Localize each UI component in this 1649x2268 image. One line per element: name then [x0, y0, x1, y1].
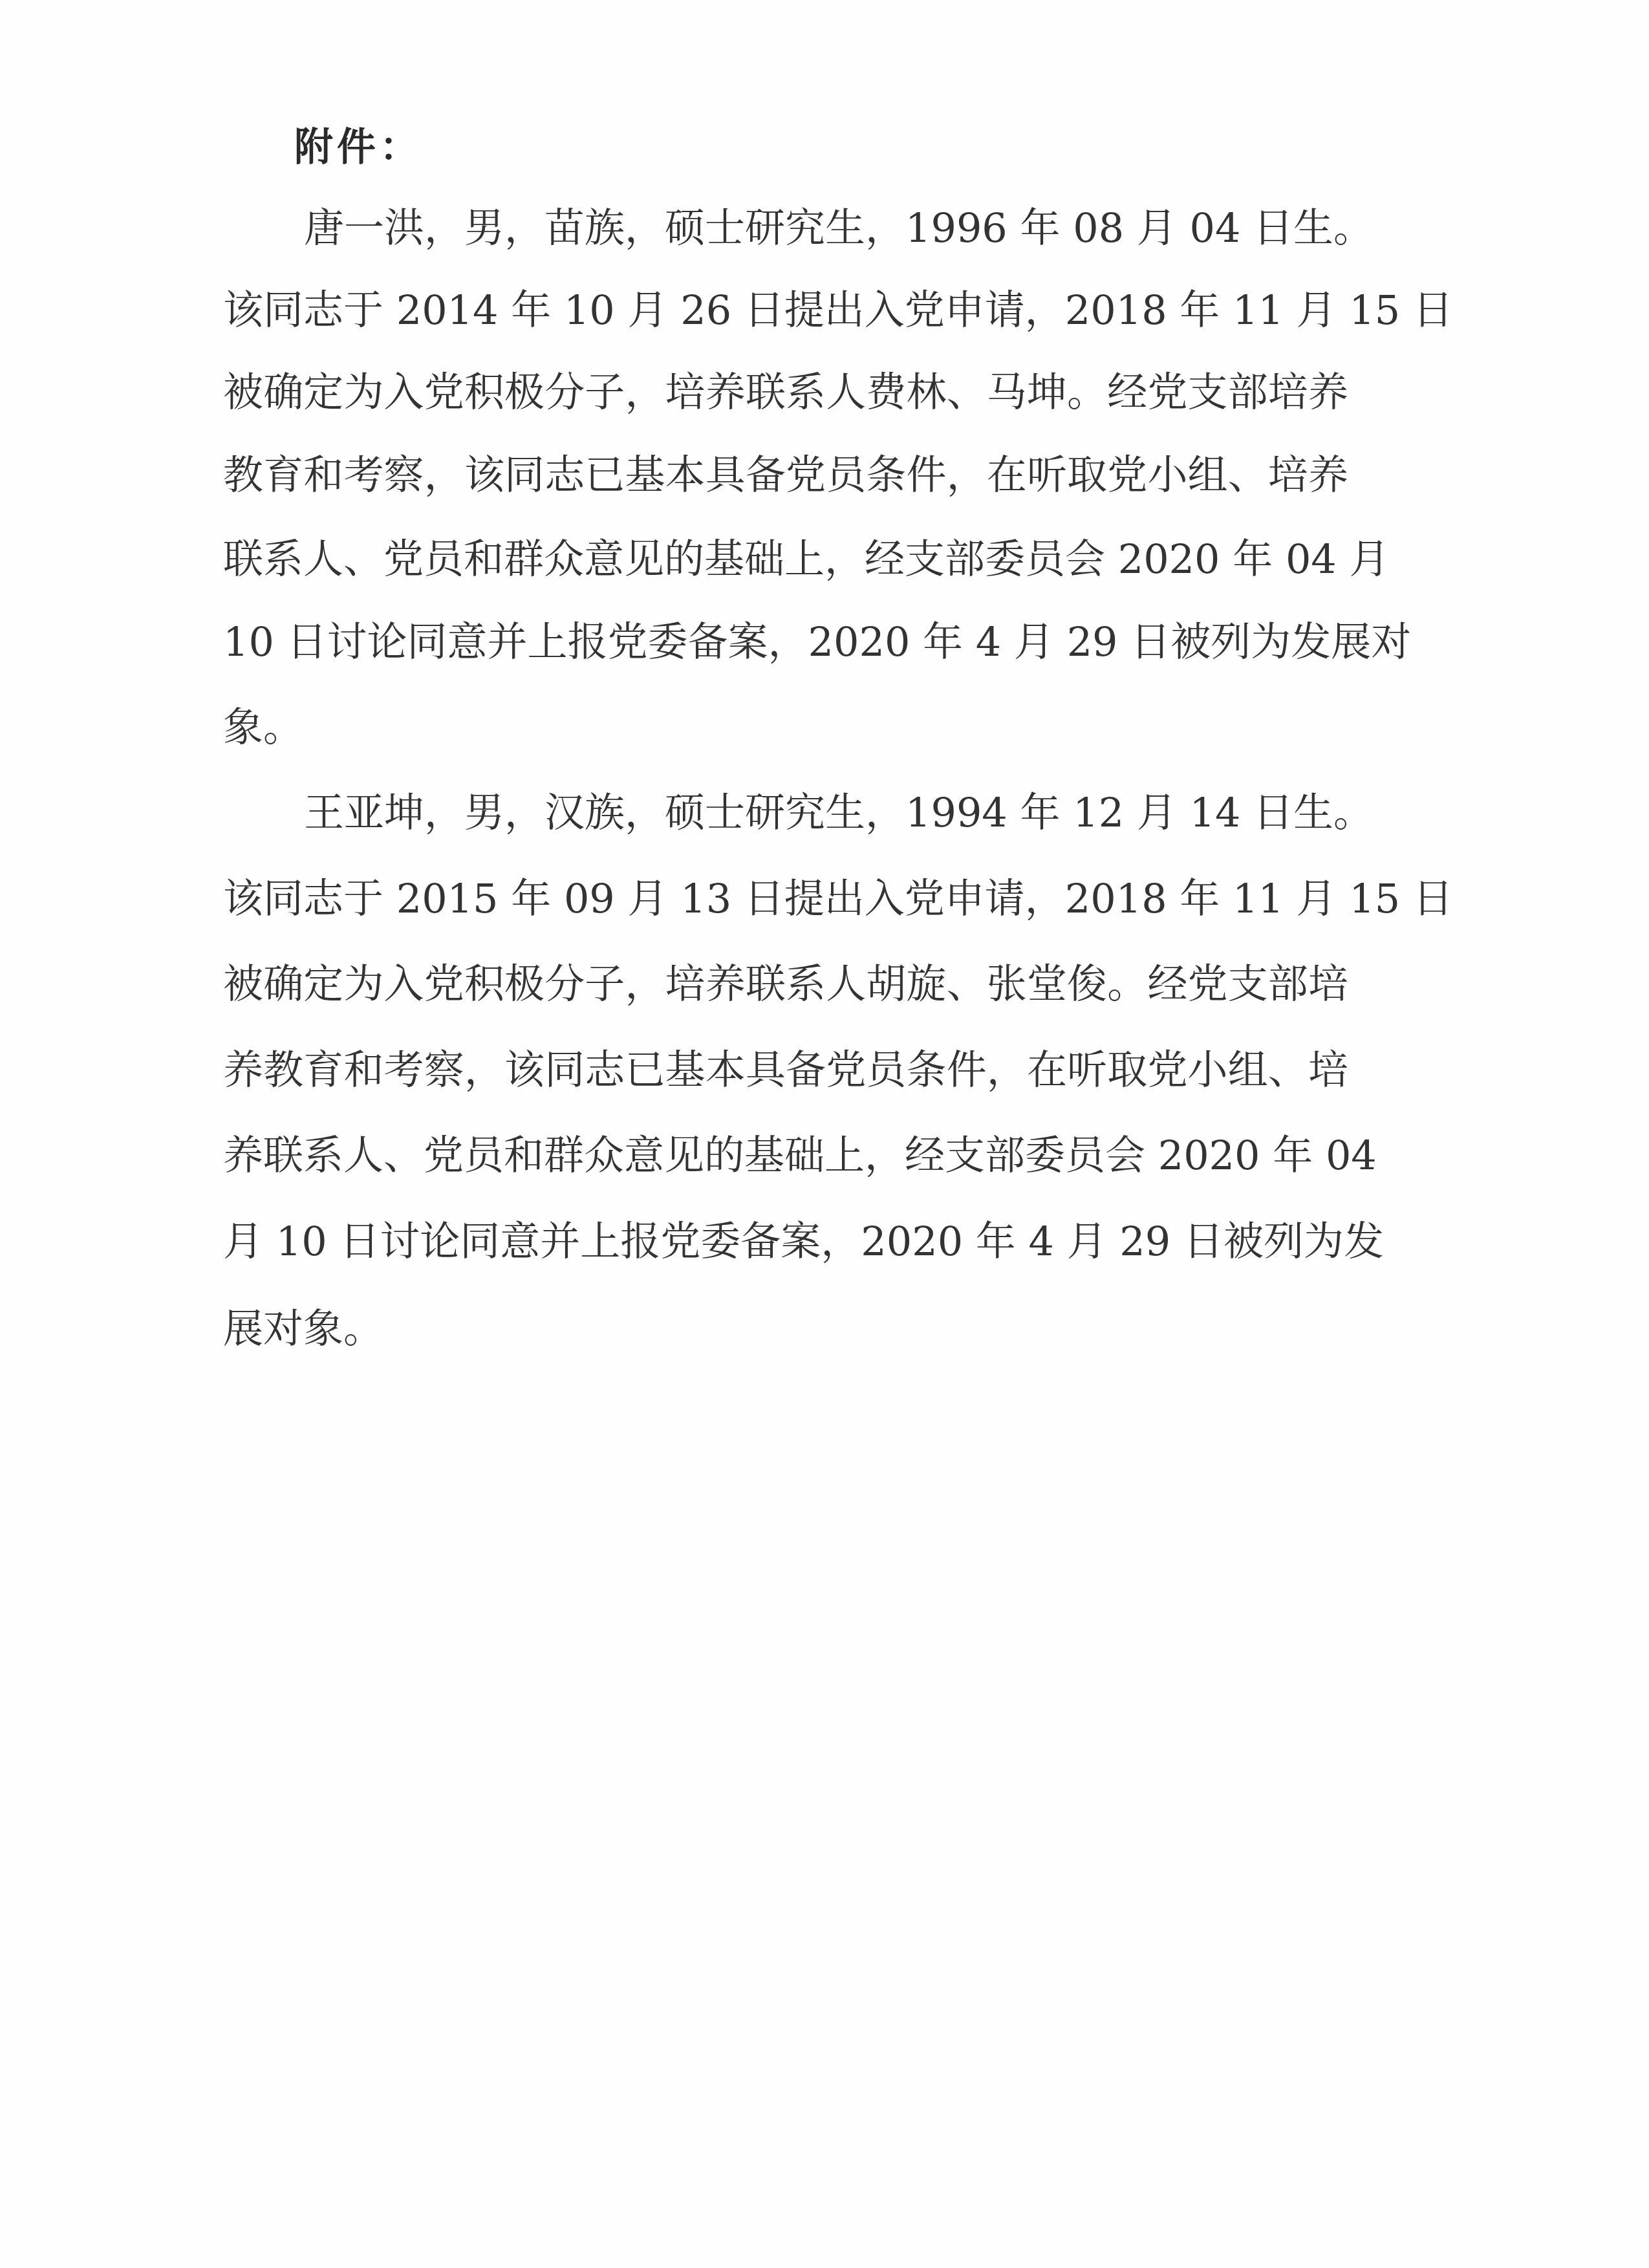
text-line: 月 10 日讨论同意并上报党委备案，2020 年 4 月 29 日被列为发	[223, 1219, 1348, 1264]
text-line: 养教育和考察，该同志已基本具备党员条件，在听取党小组、培	[223, 1048, 1348, 1093]
text-line: 联系人、党员和群众意见的基础上，经支部委员会 2020 年 04 月	[223, 537, 1348, 582]
text-line: 展对象。	[223, 1306, 1348, 1352]
text-line: 教育和考察，该同志已基本具备党员条件，在听取党小组、培养	[223, 453, 1348, 498]
text-line: 被确定为入党积极分子，培养联系人费林、马坤。经党支部培养	[223, 370, 1348, 415]
attachment-heading: 附件：	[294, 116, 422, 172]
text-line: 该同志于 2014 年 10 月 26 日提出入党申请，2018 年 11 月 …	[223, 288, 1348, 333]
text-line: 被确定为入党积极分子，培养联系人胡旋、张堂俊。经党支部培	[223, 962, 1348, 1007]
text-line: 该同志于 2015 年 09 月 13 日提出入党申请，2018 年 11 月 …	[223, 876, 1348, 922]
text-line: 10 日讨论同意并上报党委备案，2020 年 4 月 29 日被列为发展对	[223, 620, 1348, 665]
text-line: 王亚坤，男，汉族，硕士研究生，1994 年 12 月 14 日生。	[304, 790, 1348, 836]
text-line: 唐一洪，男，苗族，硕士研究生，1996 年 08 月 04 日生。	[304, 206, 1348, 251]
text-line: 养联系人、党员和群众意见的基础上，经支部委员会 2020 年 04	[223, 1133, 1348, 1178]
text-line: 象。	[223, 705, 1348, 750]
document-page: 附件： 唐一洪，男，苗族，硕士研究生，1996 年 08 月 04 日生。 该同…	[0, 0, 1649, 2268]
